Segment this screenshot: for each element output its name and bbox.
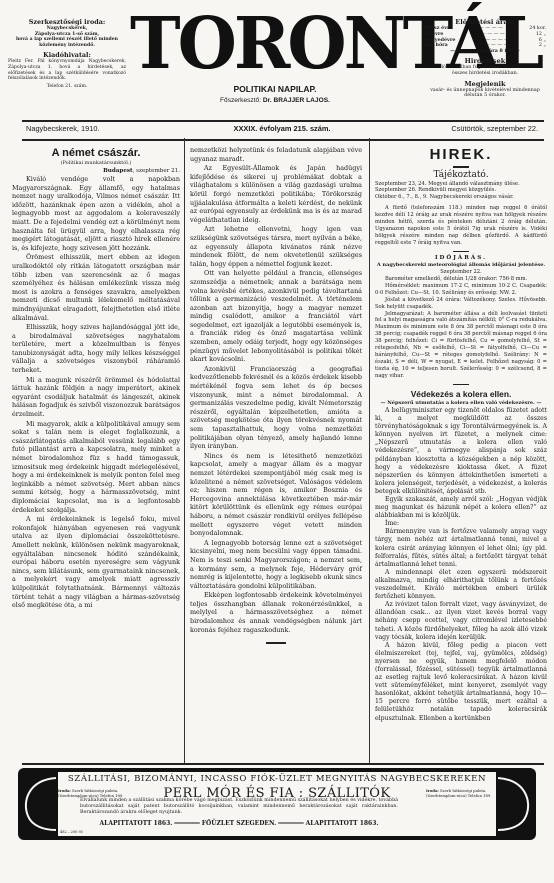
divider [22, 139, 544, 141]
schedule-item: Október 6., 7., 8., 9. Nagybecskereki or… [375, 194, 547, 201]
article-source: (Politikai munkatársunktól.) [12, 160, 180, 167]
masthead-subscription-info: Előfizetési árak: Egész évre— — — —24 ko… [424, 18, 546, 99]
divider [22, 763, 544, 765]
article-paragraph: A mi érdekeinknek is legelső foku, mivel… [12, 515, 180, 610]
editor-label: Főszerkesztő: [220, 97, 261, 104]
issue-date: Csütörtök, szeptember 22. [367, 124, 544, 136]
ornament-icon [18, 772, 58, 836]
weather-date: Szeptember 22. [375, 269, 547, 276]
article-paragraph: A mindennapi élet ezen egyszerü módszere… [375, 569, 547, 601]
article-paragraph: Mi a magunk részéről örömmel és hódolatt… [12, 376, 180, 419]
article-paragraph: A legnagyobb botorság lenne ezt a szövet… [190, 539, 362, 591]
article-paragraph: Az Egyesült-Államok és Japán hadügyi kif… [190, 164, 362, 224]
editorial-office-title: Szerkesztőségi iroda: [8, 18, 126, 26]
news-column: HIREK. Tájékoztató. Szeptember 23, 24. M… [375, 146, 547, 723]
cholera-article-title: Védekezés a kolera ellen. [375, 388, 547, 400]
weather-item: Barométer emelkedő, délután 1/28 órakor:… [375, 276, 547, 283]
ad-code: 482 – 200 93 [60, 830, 83, 834]
divider [453, 384, 469, 386]
advertisement-perl-mor: SZÁLLITÁSI, BIZOMÁNYI, INCASSO FIÓK-ÜZLE… [18, 768, 536, 840]
dateline: Nagybecskerek, 1910. XXXIX. évfolyam 215… [22, 124, 544, 136]
publication-schedule-text: vasár- és ünnepnapok kivételével mindenn… [424, 88, 546, 100]
weather-title: IDŐJÁRÁS. [375, 254, 547, 262]
masthead-center: TORONTÁL POLITIKAI NAPILAP. Főszerkesztő… [130, 8, 420, 104]
ads-title: Hirdetések [424, 57, 546, 65]
news-section-title: HIREK. [375, 146, 547, 164]
article-paragraph: Ekképen legfontosabb érdekeink követelmé… [190, 591, 362, 634]
article-paragraph: Bármennyire van is fertőzve valamely any… [375, 528, 547, 568]
editorial-note: hová a lap szellemi részét illető minden… [8, 37, 126, 48]
article-title: A német császár. [12, 146, 180, 160]
masthead-editorial-info: Szerkesztőségi iroda: Nagybecskerek, Záp… [8, 18, 126, 89]
ads-text: a kiadóhivatalban fogadtatnak el. Azonkí… [424, 65, 546, 77]
publisher-office-text: Pleitz Fer. Pál könyvnyomdája Nagybecske… [8, 59, 126, 81]
article-paragraph: Egyik szakaszát, amely arról szól: „Hogy… [375, 496, 547, 520]
article-paragraph: Mi magyarok, akik a külpolitikával amugy… [12, 420, 180, 515]
phone-number: Telefon 21. szám. [8, 84, 126, 90]
bath-notice: A fürdő (telefonszám 118.) minden nap re… [375, 205, 547, 246]
article-paragraph: Azt lehetne ellenvetni, hogy igen van sz… [190, 225, 362, 268]
article-paragraph: Elhisszük, hogy szives hajlandósággal jö… [12, 323, 180, 375]
article-paragraph: A házon kivül, főleg pedig a piacon vett… [375, 642, 547, 723]
article-paragraph: Örömest elhisszük, mert ebben az idegen … [12, 253, 180, 322]
ad-body-text: Elvállalunk minden a szállitási szakma k… [80, 798, 398, 817]
publication-schedule-title: Megjelenik [424, 80, 546, 88]
weather-item: JósIat a következő 24 órára: Változékony… [375, 297, 547, 311]
editor-name: Dr. BRAJJER LAJOS. [263, 97, 330, 104]
volume-issue: XXXIX. évfolyam 215. szám. [197, 124, 368, 136]
editor-in-chief: Főszerkesztő: Dr. BRAJJER LAJOS. [130, 97, 420, 104]
weather-legend: Jelmagyarázat: A barométer állása a déli… [375, 311, 547, 380]
column-divider [184, 138, 185, 763]
cholera-article-lead: — Népszerű utmutatás a kolera ellen való… [375, 400, 547, 407]
ad-headline: SZÁLLITÁSI, BIZOMÁNYI, INCASSO FIÓK-ÜZLE… [58, 774, 496, 784]
info-title: Tájékoztató. [375, 170, 547, 181]
article-paragraph: Íme: [375, 520, 547, 528]
divider [22, 120, 544, 122]
article-paragraph: Ott van helyette például a francia, elle… [190, 269, 362, 364]
ad-office-left: Iroda: Szerb hitközségi palota. (Szerbte… [58, 789, 128, 798]
article-paragraph: nemzetközi helyzetünk és feladatunk alap… [190, 146, 362, 163]
article-end-rule [266, 642, 286, 644]
place-year: Nagybecskerek, 1910. [22, 124, 197, 136]
ad-office-right: Iroda: Szerb hitközségi palota. (Szerbte… [426, 789, 496, 798]
article-german-emperor: A német császár. (Politikai munkatársunk… [12, 146, 180, 611]
weather-item: Hőmérséklet: maximum 17·2 C, minimum 10·… [375, 283, 547, 297]
newspaper-logo: TORONTÁL [130, 6, 420, 82]
ad-footer: ALAPITTATOTT 1863. ═══════ FŐÜZLET SZEGE… [80, 820, 398, 827]
article-german-emperor-continued: nemzetközi helyzetünk és feladatunk alap… [190, 146, 362, 646]
column-divider [369, 138, 370, 763]
divider [453, 166, 469, 168]
weather-lead: A nagybecskereki meteorológiai állomás i… [375, 262, 547, 269]
article-paragraph: Azonkivül Franciaország a geografiai ked… [190, 365, 362, 451]
article-dateline: Budapest, szeptember 21. [12, 167, 180, 175]
newspaper-page: Szerkesztőségi iroda: Nagybecskerek, Záp… [0, 0, 554, 883]
article-paragraph: A belügyminiszter egy tizenöt oldalos fü… [375, 407, 547, 496]
ornament-icon [496, 772, 536, 836]
article-paragraph: Kiváló vendége volt a napokban Magyarors… [12, 175, 180, 252]
divider [453, 251, 469, 253]
single-copy-price: — Egyes szám ára 8 fill. — [424, 49, 546, 55]
article-paragraph: Nincs és nem is létesithető nemzetközi k… [190, 452, 362, 538]
article-paragraph: Az ivóvizet talon forralt vizet, vagy ás… [375, 601, 547, 641]
